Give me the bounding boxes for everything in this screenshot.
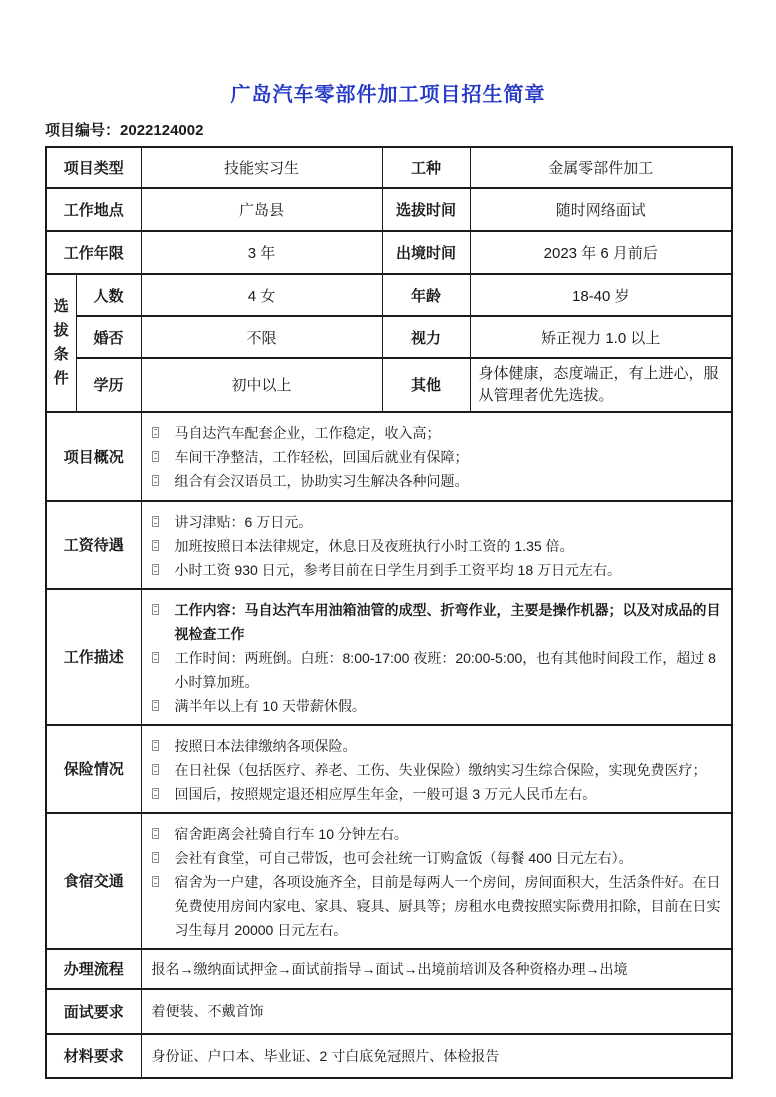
list-item-text: 回国后，按照规定退还相应厚生年金，一般可退 3 万元人民币左右。	[175, 782, 722, 806]
list-item: 宿舍距离会社骑自行车 10 分钟左右。	[150, 822, 722, 846]
table-row: 工作描述 工作内容：马自达汽车用油箱油管的成型、折弯作业，主要是操作机器；以及对…	[46, 589, 732, 725]
field-value: 不限	[141, 316, 382, 358]
list-item: 加班按照日本法律规定，休息日及夜班执行小时工资的 1.35 倍。	[150, 534, 722, 558]
list-item-text: 工作内容：马自达汽车用油箱油管的成型、折弯作业，主要是操作机器；以及对成品的目视…	[175, 598, 722, 646]
field-value: 2023 年 6 月前后	[470, 231, 732, 274]
list-item: 讲习津贴：6 万日元。	[150, 510, 722, 534]
section-content: 按照日本法律缴纳各项保险。 在日社保（包括医疗、养老、工伤、失业保险）缴纳实习生…	[141, 725, 732, 813]
missing-glyph-box-icon	[152, 604, 159, 615]
recruitment-table: 项目类型 技能实习生 工种 金属零部件加工 工作地点 广岛县 选拔时间 随时网络…	[45, 146, 733, 1079]
field-value: 技能实习生	[141, 147, 382, 188]
list-item-text: 车间干净整洁，工作轻松，回国后就业有保障；	[175, 445, 722, 469]
field-label: 视力	[382, 316, 470, 358]
list-item: 按照日本法律缴纳各项保险。	[150, 734, 722, 758]
missing-glyph-box-icon	[152, 788, 159, 799]
list-item-text: 会社有食堂，可自己带饭，也可会社统一订购盒饭（每餐 400 日元左右）。	[175, 846, 722, 870]
list-item: 马自达汽车配套企业，工作稳定，收入高；	[150, 421, 722, 445]
section-label: 工作描述	[46, 589, 141, 725]
table-row: 选拔条件 人数 4 女 年龄 18-40 岁	[46, 274, 732, 316]
section-label: 工资待遇	[46, 501, 141, 589]
field-value: 广岛县	[141, 188, 382, 231]
section-content: 马自达汽车配套企业，工作稳定，收入高； 车间干净整洁，工作轻松，回国后就业有保障…	[141, 412, 732, 501]
field-value: 初中以上	[141, 358, 382, 412]
field-label: 工作地点	[46, 188, 141, 231]
table-row: 项目概况 马自达汽车配套企业，工作稳定，收入高； 车间干净整洁，工作轻松，回国后…	[46, 412, 732, 501]
list-item-text: 满半年以上有 10 天带薪休假。	[175, 694, 722, 718]
list-item: 工作时间：两班倒。白班：8:00-17:00 夜班：20:00-5:00，也有其…	[150, 646, 722, 694]
field-value: 金属零部件加工	[470, 147, 732, 188]
missing-glyph-box-icon	[152, 451, 159, 462]
missing-glyph-box-icon	[152, 852, 159, 863]
list-item: 在日社保（包括医疗、养老、工伤、失业保险）缴纳实习生综合保险，实现免费医疗；	[150, 758, 722, 782]
table-row: 食宿交通 宿舍距离会社骑自行车 10 分钟左右。 会社有食堂，可自己带饭，也可会…	[46, 813, 732, 949]
missing-glyph-box-icon	[152, 764, 159, 775]
missing-glyph-box-icon	[152, 427, 159, 438]
table-row: 工资待遇 讲习津贴：6 万日元。 加班按照日本法律规定，休息日及夜班执行小时工资…	[46, 501, 732, 589]
field-label: 出境时间	[382, 231, 470, 274]
list-item: 回国后，按照规定退还相应厚生年金，一般可退 3 万元人民币左右。	[150, 782, 722, 806]
list-item-text: 宿舍距离会社骑自行车 10 分钟左右。	[175, 822, 722, 846]
list-item-text: 加班按照日本法律规定，休息日及夜班执行小时工资的 1.35 倍。	[175, 534, 722, 558]
table-row: 材料要求 身份证、户口本、毕业证、2 寸白底免冠照片、体检报告	[46, 1034, 732, 1078]
table-row: 项目类型 技能实习生 工种 金属零部件加工	[46, 147, 732, 188]
field-value: 随时网络面试	[470, 188, 732, 231]
list-item: 工作内容：马自达汽车用油箱油管的成型、折弯作业，主要是操作机器；以及对成品的目视…	[150, 598, 722, 646]
missing-glyph-box-icon	[152, 828, 159, 839]
project-number-line: 项目编号：2022124002	[45, 119, 776, 140]
field-label: 人数	[76, 274, 141, 316]
field-label: 其他	[382, 358, 470, 412]
page-title: 广岛汽车零部件加工项目招生简章	[0, 78, 776, 107]
field-value: 4 女	[141, 274, 382, 316]
list-item-text: 工作时间：两班倒。白班：8:00-17:00 夜班：20:00-5:00，也有其…	[175, 646, 722, 694]
table-row: 工作年限 3 年 出境时间 2023 年 6 月前后	[46, 231, 732, 274]
list-item: 组合有会汉语员工，协助实习生解决各种问题。	[150, 469, 722, 493]
section-label: 材料要求	[46, 1034, 141, 1078]
list-item-text: 组合有会汉语员工，协助实习生解决各种问题。	[175, 469, 722, 493]
section-label: 面试要求	[46, 989, 141, 1034]
list-item: 小时工资 930 日元，参考目前在日学生月到手工资平均 18 万日元左右。	[150, 558, 722, 582]
section-content: 宿舍距离会社骑自行车 10 分钟左右。 会社有食堂，可自己带饭，也可会社统一订购…	[141, 813, 732, 949]
field-value: 矫正视力 1.0 以上	[470, 316, 732, 358]
list-item-text: 宿舍为一户建，各项设施齐全，目前是每两人一个房间，房间面积大，生活条件好。在日免…	[175, 870, 722, 942]
section-content: 着便装、不戴首饰	[141, 989, 732, 1034]
field-label: 项目类型	[46, 147, 141, 188]
project-number-value: 2022124002	[120, 122, 203, 139]
section-label: 食宿交通	[46, 813, 141, 949]
list-item-text: 讲习津贴：6 万日元。	[175, 510, 722, 534]
table-row: 工作地点 广岛县 选拔时间 随时网络面试	[46, 188, 732, 231]
table-row: 婚否 不限 视力 矫正视力 1.0 以上	[46, 316, 732, 358]
section-content: 报名→缴纳面试押金→面试前指导→面试→出境前培训及各种资格办理→出境	[141, 949, 732, 989]
list-item-text: 在日社保（包括医疗、养老、工伤、失业保险）缴纳实习生综合保险，实现免费医疗；	[175, 758, 722, 782]
missing-glyph-box-icon	[152, 475, 159, 486]
field-value: 身体健康，态度端正，有上进心，服从管理者优先选拔。	[470, 358, 732, 412]
table-row: 学历 初中以上 其他 身体健康，态度端正，有上进心，服从管理者优先选拔。	[46, 358, 732, 412]
field-label: 婚否	[76, 316, 141, 358]
project-number-label: 项目编号：	[45, 122, 120, 139]
list-item: 车间干净整洁，工作轻松，回国后就业有保障；	[150, 445, 722, 469]
list-item: 会社有食堂，可自己带饭，也可会社统一订购盒饭（每餐 400 日元左右）。	[150, 846, 722, 870]
field-value: 18-40 岁	[470, 274, 732, 316]
selection-group-header: 选拔条件	[46, 274, 76, 412]
list-item-text: 小时工资 930 日元，参考目前在日学生月到手工资平均 18 万日元左右。	[175, 558, 722, 582]
missing-glyph-box-icon	[152, 700, 159, 711]
missing-glyph-box-icon	[152, 564, 159, 575]
table-row: 办理流程 报名→缴纳面试押金→面试前指导→面试→出境前培训及各种资格办理→出境	[46, 949, 732, 989]
table-row: 面试要求 着便装、不戴首饰	[46, 989, 732, 1034]
missing-glyph-box-icon	[152, 652, 159, 663]
field-label: 选拔时间	[382, 188, 470, 231]
missing-glyph-box-icon	[152, 516, 159, 527]
list-item-text: 马自达汽车配套企业，工作稳定，收入高；	[175, 421, 722, 445]
field-value: 3 年	[141, 231, 382, 274]
list-item: 满半年以上有 10 天带薪休假。	[150, 694, 722, 718]
selection-group-label: 选拔条件	[53, 295, 70, 391]
section-label: 项目概况	[46, 412, 141, 501]
field-label: 学历	[76, 358, 141, 412]
field-label: 年龄	[382, 274, 470, 316]
missing-glyph-box-icon	[152, 540, 159, 551]
section-label: 办理流程	[46, 949, 141, 989]
field-label: 工作年限	[46, 231, 141, 274]
document-page: 广岛汽车零部件加工项目招生简章 项目编号：2022124002 项目类型 技能实…	[0, 0, 776, 1097]
missing-glyph-box-icon	[152, 740, 159, 751]
section-label: 保险情况	[46, 725, 141, 813]
list-item-text: 按照日本法律缴纳各项保险。	[175, 734, 722, 758]
section-content: 身份证、户口本、毕业证、2 寸白底免冠照片、体检报告	[141, 1034, 732, 1078]
section-content: 工作内容：马自达汽车用油箱油管的成型、折弯作业，主要是操作机器；以及对成品的目视…	[141, 589, 732, 725]
section-content: 讲习津贴：6 万日元。 加班按照日本法律规定，休息日及夜班执行小时工资的 1.3…	[141, 501, 732, 589]
missing-glyph-box-icon	[152, 876, 159, 887]
table-row: 保险情况 按照日本法律缴纳各项保险。 在日社保（包括医疗、养老、工伤、失业保险）…	[46, 725, 732, 813]
field-label: 工种	[382, 147, 470, 188]
list-item: 宿舍为一户建，各项设施齐全，目前是每两人一个房间，房间面积大，生活条件好。在日免…	[150, 870, 722, 942]
